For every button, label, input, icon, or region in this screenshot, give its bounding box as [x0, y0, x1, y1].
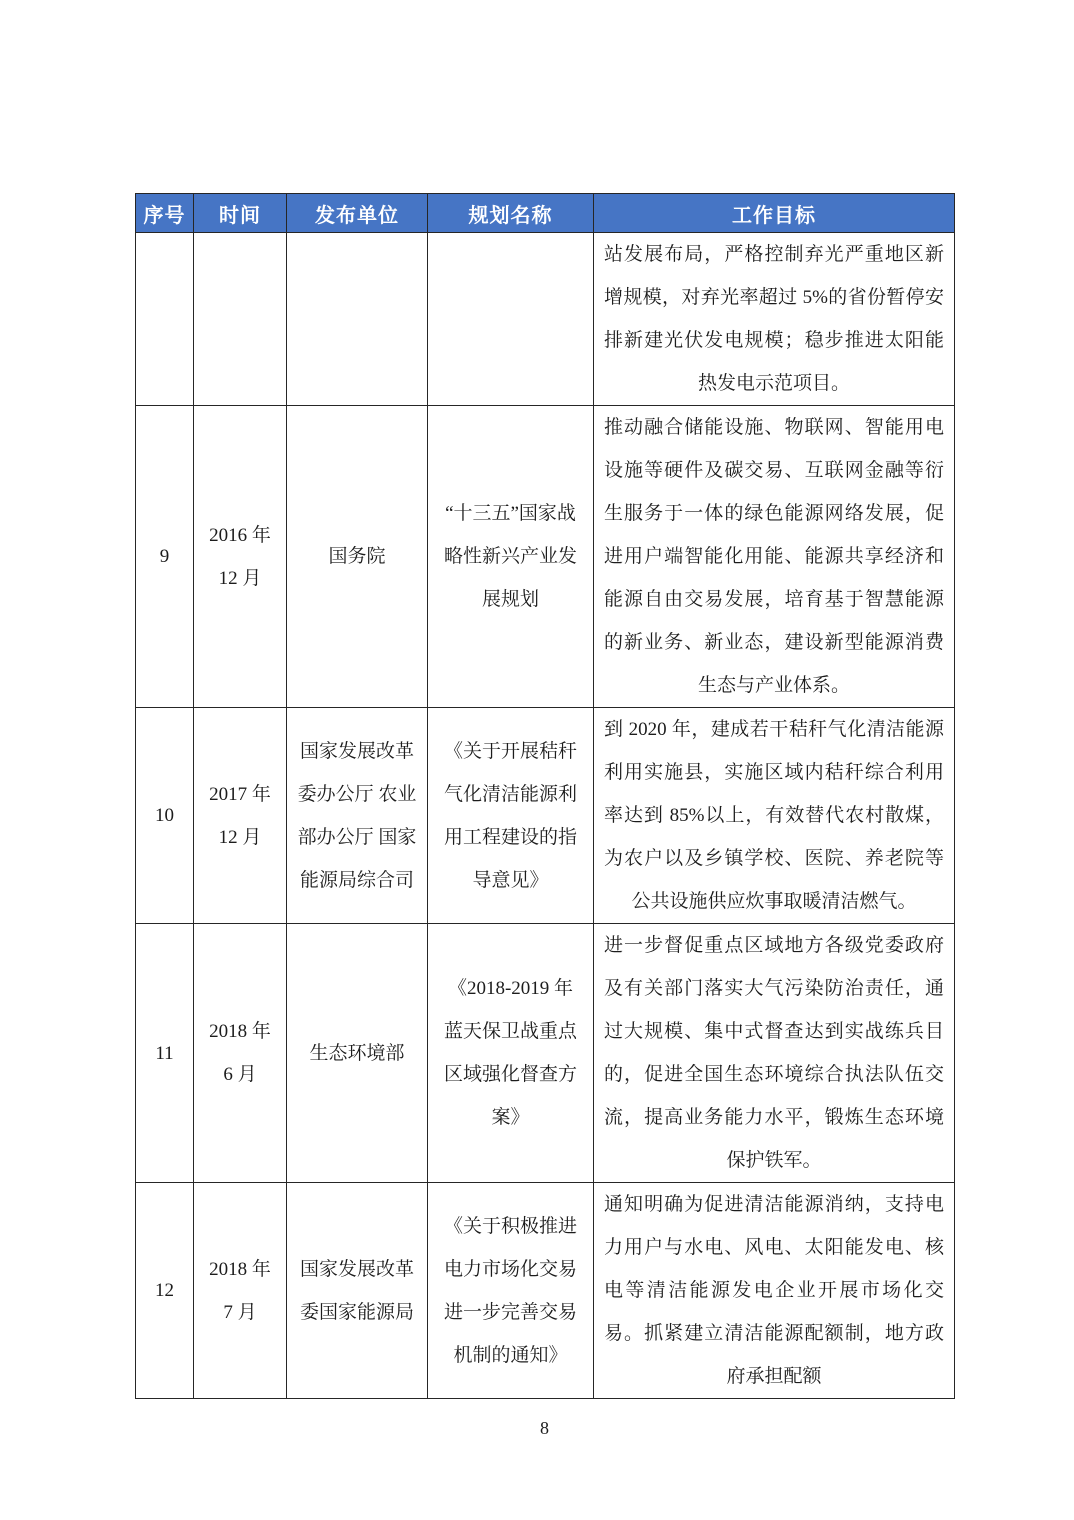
- document-page: 序号 时间 发布单位 规划名称 工作目标 站发展布局，严格控制弃光严重地区新增规…: [0, 0, 1074, 1520]
- cell-unit: 生态环境部: [287, 924, 428, 1183]
- cell-goal: 推动融合储能设施、物联网、智能用电设施等硬件及碳交易、互联网金融等衍生服务于一体…: [594, 406, 955, 708]
- cell-time: [194, 233, 287, 406]
- cell-plan: [428, 233, 594, 406]
- cell-time: 2016 年 12 月: [194, 406, 287, 708]
- cell-no: 11: [136, 924, 194, 1183]
- cell-plan: 《2018-2019 年蓝天保卫战重点区域强化督查方案》: [428, 924, 594, 1183]
- header-cell-goal: 工作目标: [594, 194, 955, 233]
- cell-plan: 《关于积极推进电力市场化交易进一步完善交易机制的通知》: [428, 1183, 594, 1399]
- header-cell-time: 时间: [194, 194, 287, 233]
- cell-time: 2017 年 12 月: [194, 708, 287, 924]
- header-cell-unit: 发布单位: [287, 194, 428, 233]
- table-row-10: 10 2017 年 12 月 国家发展改革委办公厅 农业部办公厅 国家能源局综合…: [136, 708, 955, 924]
- cell-goal: 进一步督促重点区域地方各级党委政府及有关部门落实大气污染防治责任，通过大规模、集…: [594, 924, 955, 1183]
- table-row-9: 9 2016 年 12 月 国务院 “十三五”国家战略性新兴产业发展规划 推动融…: [136, 406, 955, 708]
- cell-goal: 通知明确为促进清洁能源消纳，支持电力用户与水电、风电、太阳能发电、核电等清洁能源…: [594, 1183, 955, 1399]
- header-cell-plan: 规划名称: [428, 194, 594, 233]
- table-row-continuation: 站发展布局，严格控制弃光严重地区新增规模，对弃光率超过 5%的省份暂停安排新建光…: [136, 233, 955, 406]
- cell-unit: [287, 233, 428, 406]
- table-row-11: 11 2018 年 6 月 生态环境部 《2018-2019 年蓝天保卫战重点区…: [136, 924, 955, 1183]
- cell-plan: 《关于开展秸秆气化清洁能源利用工程建设的指导意见》: [428, 708, 594, 924]
- cell-time: 2018 年 6 月: [194, 924, 287, 1183]
- cell-no: [136, 233, 194, 406]
- table-row-12: 12 2018 年 7 月 国家发展改革委国家能源局 《关于积极推进电力市场化交…: [136, 1183, 955, 1399]
- cell-no: 10: [136, 708, 194, 924]
- cell-unit: 国家发展改革委办公厅 农业部办公厅 国家能源局综合司: [287, 708, 428, 924]
- header-cell-no: 序号: [136, 194, 194, 233]
- table-header-row: 序号 时间 发布单位 规划名称 工作目标: [136, 194, 955, 233]
- cell-unit: 国务院: [287, 406, 428, 708]
- page-number: 8: [135, 1418, 954, 1439]
- cell-goal: 到 2020 年，建成若干秸秆气化清洁能源利用实施县，实施区域内秸秆综合利用率达…: [594, 708, 955, 924]
- cell-no: 12: [136, 1183, 194, 1399]
- cell-plan: “十三五”国家战略性新兴产业发展规划: [428, 406, 594, 708]
- cell-no: 9: [136, 406, 194, 708]
- cell-time: 2018 年 7 月: [194, 1183, 287, 1399]
- cell-goal: 站发展布局，严格控制弃光严重地区新增规模，对弃光率超过 5%的省份暂停安排新建光…: [594, 233, 955, 406]
- cell-unit: 国家发展改革委国家能源局: [287, 1183, 428, 1399]
- policy-table: 序号 时间 发布单位 规划名称 工作目标 站发展布局，严格控制弃光严重地区新增规…: [135, 193, 955, 1399]
